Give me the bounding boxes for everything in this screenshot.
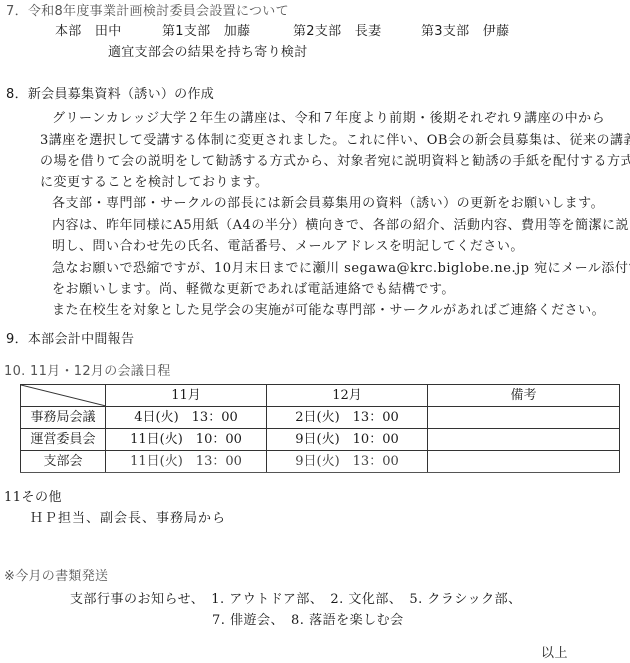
section10-title: 10. 11月・12月の会議日程 — [4, 364, 171, 380]
member-branch1: 第1支部 加藤 — [162, 24, 250, 40]
row-note — [428, 407, 620, 429]
member-branch: 第1支部 — [162, 24, 210, 39]
member-name: 加藤 — [224, 24, 251, 39]
row-dec: 2日(火) 13：00 — [267, 407, 428, 429]
member-branch: 第2支部 — [293, 24, 341, 39]
section8-line: また在校生を対象とした見学会の実施が可能な専門部・サークルがあればご連絡ください… — [52, 303, 605, 319]
member-name: 長妻 — [355, 24, 382, 39]
table-row: 事務局会議 4日(火) 13：00 2日(火) 13：00 — [21, 407, 620, 429]
row-nov: 11日(火) 13：00 — [106, 451, 267, 473]
header-notes: 備考 — [428, 385, 620, 407]
section8-line: の場を借りて会の説明をして勧誘する方式から、対象者宛に説明資料と勧誘の手紙を配付… — [40, 154, 630, 170]
row-nov: 4日(火) 13：00 — [106, 407, 267, 429]
table-row: 運営委員会 11日(火) 10：00 9日(火) 10：00 — [21, 429, 620, 451]
member-branch3: 第3支部 伊藤 — [421, 24, 509, 40]
section11-body: ＨＰ担当、副会長、事務局から — [30, 511, 226, 527]
member-branch: 本部 — [55, 24, 82, 39]
diagonal-line-icon — [21, 385, 106, 407]
row-name: 支部会 — [21, 451, 106, 473]
mailing-line2: 7. 俳遊会、 8. 落語を楽しむ会 — [212, 613, 404, 629]
section8-line: 各支部・専門部・サークルの部長には新会員募集用の資料（誘い）の更新をお願いします… — [52, 196, 604, 212]
mailing-line1: 支部行事のお知らせ、 1. アウトドア部、 2. 文化部、 5. クラシック部、 — [70, 592, 522, 608]
section11-title: 11その他 — [4, 490, 62, 506]
section8-line: 明し、問い合わせ先の氏名、電話番号、メールアドレスを明記してください。 — [52, 239, 524, 255]
row-name: 運営委員会 — [21, 429, 106, 451]
section7-title: 7．令和8年度事業計画検討委員会設置について — [6, 4, 289, 20]
row-note — [428, 429, 620, 451]
section9-title: 9．本部会計中間報告 — [6, 332, 134, 348]
member-branch2: 第2支部 長妻 — [293, 24, 381, 40]
member-name: 伊藤 — [483, 24, 510, 39]
row-nov: 11日(火) 10：00 — [106, 429, 267, 451]
meeting-schedule-table: 11月 12月 備考 事務局会議 4日(火) 13：00 2日(火) 13：00… — [20, 384, 620, 473]
section8-line: 急なお願いで恐縮ですが、10月末日までに瀬川 segawa@krc.biglob… — [52, 261, 630, 277]
section8-line: グリーンカレッジ大学２年生の講座は、令和７年度より前期・後期それぞれ９講座の中か… — [52, 111, 605, 127]
member-branch: 第3支部 — [421, 24, 469, 39]
section8-line: に変更することを検討しております。 — [40, 175, 268, 191]
section8-line: 3講座を選択して受講する体制に変更されました。これに伴い、OB会の新会員募集は、… — [40, 133, 630, 149]
mailing-title: ※今月の書類発送 — [4, 569, 108, 585]
row-note — [428, 451, 620, 473]
section8-line: 内容は、昨年同様にA5用紙（A4の半分）横向きで、各部の紹介、活動内容、費用等を… — [52, 218, 629, 234]
table-row: 支部会 11日(火) 13：00 9日(火) 13：00 — [21, 451, 620, 473]
row-name: 事務局会議 — [21, 407, 106, 429]
section8-line: をお願いします。尚、軽微な更新であれば電話連絡でも結構です。 — [52, 282, 455, 298]
header-dec: 12月 — [267, 385, 428, 407]
row-dec: 9日(火) 13：00 — [267, 451, 428, 473]
header-nov: 11月 — [106, 385, 267, 407]
row-dec: 9日(火) 10：00 — [267, 429, 428, 451]
section7-note: 適宜支部会の結果を持ち寄り検討 — [108, 45, 308, 61]
closing-text: 以上 — [541, 646, 568, 662]
section8-title: 8．新会員募集資料（誘い）の作成 — [6, 87, 214, 103]
table-header-row: 11月 12月 備考 — [21, 385, 620, 407]
member-name: 田中 — [95, 24, 122, 39]
member-honbu: 本部 田中 — [55, 24, 122, 40]
corner-cell — [21, 385, 106, 407]
